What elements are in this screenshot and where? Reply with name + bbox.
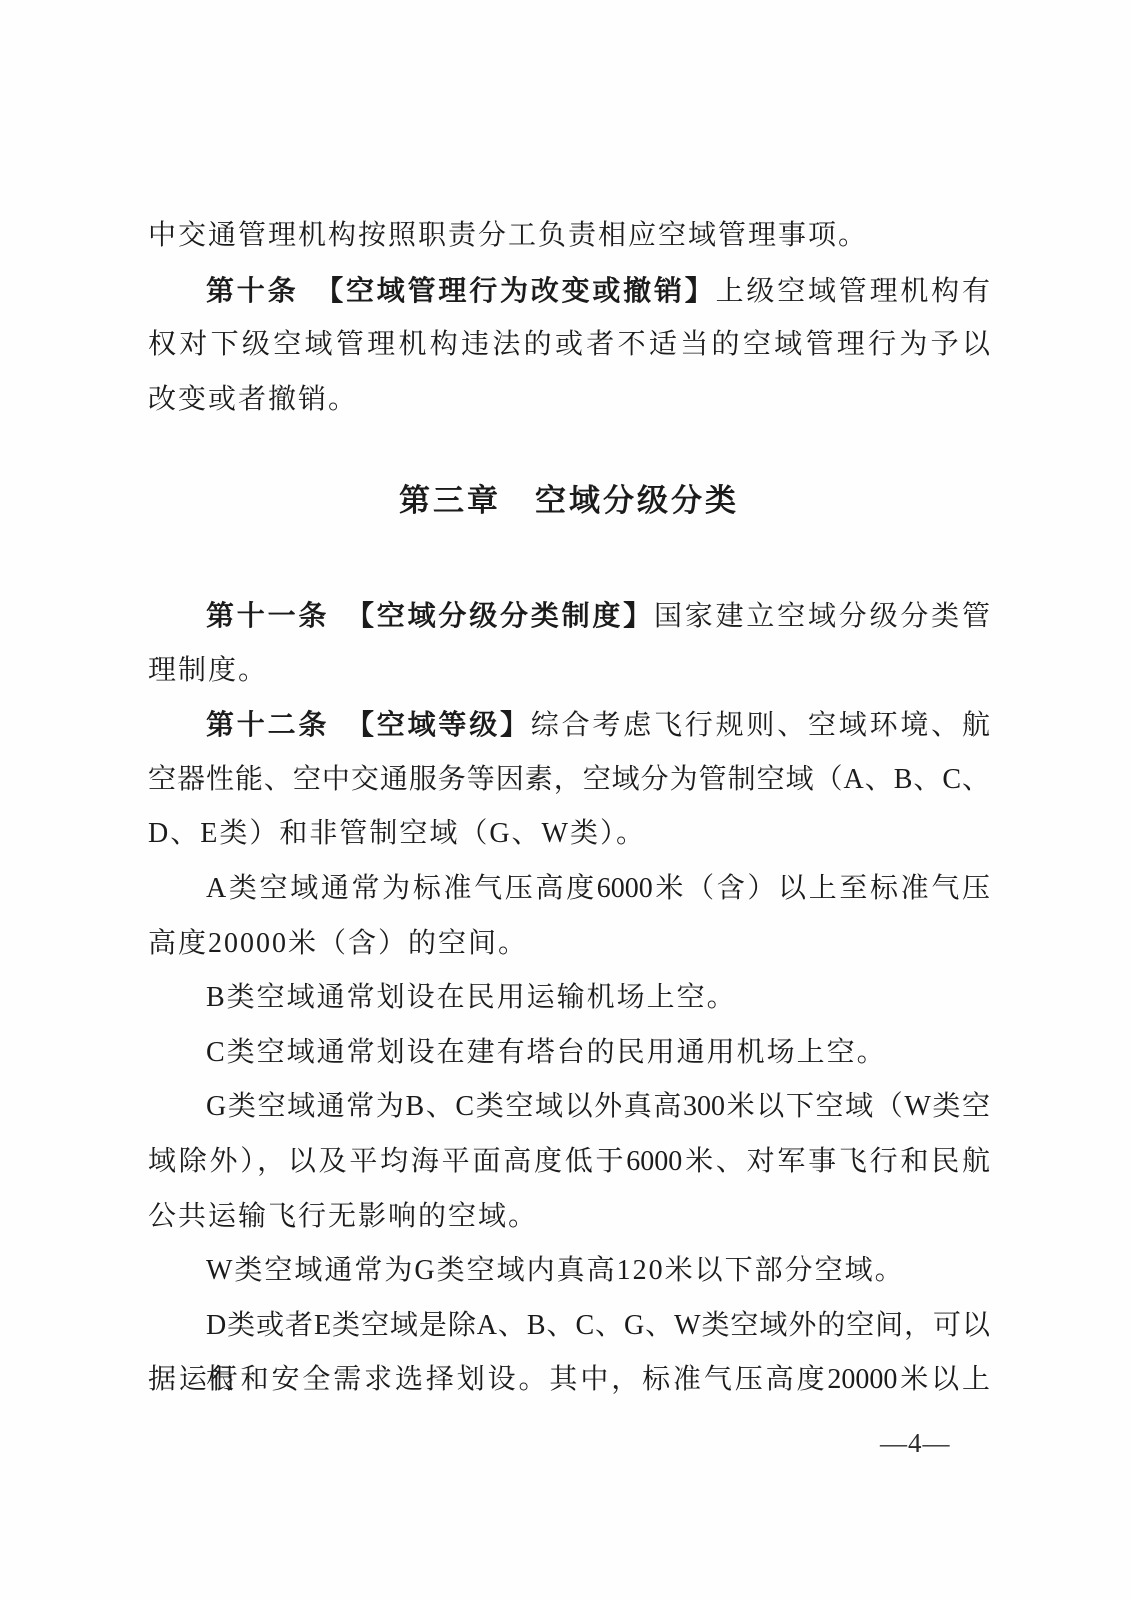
text-run: 理制度。 [148, 655, 268, 686]
article-title-run: 第十一条 【空域分级分类制度】 [206, 600, 654, 631]
article-title-run: 第三章 空域分级分类 [399, 483, 739, 518]
body-text-line: 空器性能、空中交通服务等因素，空域分为管制空域（A、B、C、 [148, 753, 990, 808]
text-run: W类空域通常为G类空域内真高120米以下部分空域。 [206, 1255, 905, 1286]
body-text-line: 域除外），以及平均海平面高度低于6000米、对军事飞行和民航 [148, 1135, 990, 1190]
body-text-line: 改变或者撤销。 [148, 373, 990, 428]
body-text-line: C类空域通常划设在建有塔台的民用通用机场上空。 [148, 1026, 990, 1081]
text-run: 空器性能、空中交通服务等因素，空域分为管制空域（A、B、C、 [148, 764, 990, 795]
text-run: 上级空域管理机构有 [716, 276, 990, 307]
chapter-heading: 第三章 空域分级分类 [148, 474, 990, 529]
article-title-run: 第十条 【空域管理行为改变或撤销】 [206, 275, 716, 306]
body-text-line: 理制度。 [148, 644, 990, 699]
body-text-line: 第十条 【空域管理行为改变或撤销】上级空域管理机构有 [148, 264, 990, 319]
body-text-line: B类空域通常划设在民用运输机场上空。 [148, 971, 990, 1026]
text-run: G类空域通常为B、C类空域以外真高300米以下空域（W类空 [206, 1091, 990, 1122]
text-run: 高度20000米（含）的空间。 [148, 928, 528, 959]
text-run: 权对下级空域管理机构违法的或者不适当的空域管理行为予以 [148, 329, 990, 360]
text-run: 据运行和安全需求选择划设。其中，标准气压高度20000米以上 [148, 1364, 990, 1395]
body-text-line: 权对下级空域管理机构违法的或者不适当的空域管理行为予以 [148, 318, 990, 373]
body-text-line: 据运行和安全需求选择划设。其中，标准气压高度20000米以上 [148, 1353, 990, 1408]
text-run: B类空域通常划设在民用运输机场上空。 [206, 982, 737, 1013]
body-text-line: D、E类）和非管制空域（G、W类）。 [148, 807, 990, 862]
body-text-line: D类或者E类空域是除A、B、C、G、W类空域外的空间，可以根 [148, 1299, 990, 1354]
body-text-line: 第十二条 【空域等级】综合考虑飞行规则、空域环境、航 [148, 698, 990, 753]
document-body: 中交通管理机构按照职责分工负责相应空域管理事项。第十条 【空域管理行为改变或撤销… [148, 0, 990, 1408]
text-run: D、E类）和非管制空域（G、W类）。 [148, 818, 646, 849]
text-run: 国家建立空域分级分类管 [654, 601, 990, 632]
document-page: 中交通管理机构按照职责分工负责相应空域管理事项。第十条 【空域管理行为改变或撤销… [0, 0, 1131, 1600]
body-text-line: 中交通管理机构按照职责分工负责相应空域管理事项。 [148, 209, 990, 264]
body-text-line: 高度20000米（含）的空间。 [148, 917, 990, 972]
article-title-run: 第十二条 【空域等级】 [206, 709, 531, 740]
text-run: A类空域通常为标准气压高度6000米（含）以上至标准气压 [206, 873, 990, 904]
text-run: 域除外），以及平均海平面高度低于6000米、对军事飞行和民航 [148, 1146, 990, 1177]
body-text-line: W类空域通常为G类空域内真高120米以下部分空域。 [148, 1244, 990, 1299]
text-run: 中交通管理机构按照职责分工负责相应空域管理事项。 [148, 220, 868, 251]
text-run: 公共运输飞行无影响的空域。 [148, 1201, 538, 1232]
text-run: 改变或者撤销。 [148, 384, 358, 415]
body-text-line: 公共运输飞行无影响的空域。 [148, 1190, 990, 1245]
page-number: —4— [880, 1428, 951, 1459]
text-run: 综合考虑飞行规则、空域环境、航 [531, 710, 990, 741]
body-text-line: A类空域通常为标准气压高度6000米（含）以上至标准气压 [148, 862, 990, 917]
body-text-line: 第十一条 【空域分级分类制度】国家建立空域分级分类管 [148, 589, 990, 644]
text-run: C类空域通常划设在建有塔台的民用通用机场上空。 [206, 1037, 887, 1068]
body-text-line: G类空域通常为B、C类空域以外真高300米以下空域（W类空 [148, 1080, 990, 1135]
